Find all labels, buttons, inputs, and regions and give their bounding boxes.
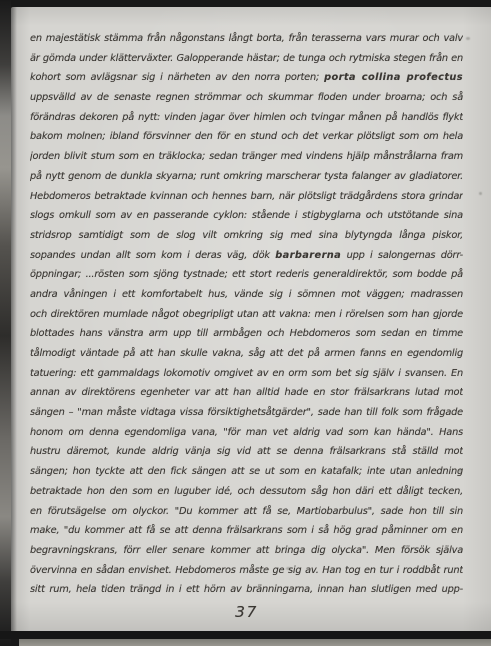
text-line: blottades hans vänstra arm upp till armb… (30, 324, 463, 344)
text-segment: övervinna en sådan envishet. Hebdomeros … (30, 565, 463, 576)
text-segment: andra våningen i ett komfortabelt hus, v… (30, 289, 463, 305)
scan-speck (458, 469, 462, 472)
book-pages-edge (19, 639, 491, 646)
text-line: och direktören mumlade något obegripligt… (30, 305, 463, 325)
text-segment: kohort som avlägsnar sig i närheten av d… (30, 72, 324, 83)
text-line: hustru däremot, kunde aldrig vänja sig v… (30, 442, 463, 462)
page-bottom-shadow (0, 631, 491, 639)
bold-phrase: barbarerna (275, 250, 341, 261)
text-line: Hebdomeros betraktade kvinnan och hennes… (30, 187, 463, 207)
scan-speck (466, 37, 470, 40)
text-line: sängen – "man måste vidtaga vissa försik… (30, 403, 463, 423)
text-line: tålmodigt väntade på att han skulle vakn… (30, 344, 463, 364)
text-line: make, "du kommer att få se att denna frä… (30, 521, 463, 541)
text-line: sitt rum, hela tiden trängd in i ett hör… (30, 580, 463, 600)
text-line: på nytt genom de dunkla skyarna; runt om… (30, 167, 463, 187)
text-segment: sängen; hon tyckte att den fick sängen a… (30, 466, 463, 477)
text-segment: på nytt genom de dunkla skyarna; runt om… (30, 171, 463, 182)
text-line: sängen; hon tyckte att den fick sängen a… (30, 462, 463, 482)
text-line: betraktade hon den som en luguber idé, o… (30, 482, 463, 502)
text-block: en majestätisk stämma från någonstans lå… (30, 29, 463, 600)
text-segment: sopandes undan allt som kom i deras väg,… (30, 250, 275, 261)
text-segment: sitt rum, hela tiden trängd in i ett hör… (30, 584, 463, 595)
text-segment: begravningskrans, förr eller senare komm… (30, 545, 463, 556)
text-line: förändras dekoren på nytt: vinden jagar … (30, 108, 463, 128)
text-line: tatuering: ett gammaldags lokomotiv omgi… (30, 364, 463, 384)
text-segment: en förutsägelse om olyckor. "Du kommer a… (30, 506, 463, 517)
text-line: slogs omkull som av en passerande cyklon… (30, 206, 463, 226)
text-segment: annan av direktörens egenheter var att h… (30, 387, 463, 398)
text-segment: make, "du kommer att få se att denna frä… (30, 525, 463, 536)
text-segment: upp i salongernas dörr- (341, 250, 463, 261)
text-segment: Hebdomeros betraktade kvinnan och hennes… (30, 191, 463, 202)
scan-speck (286, 567, 291, 570)
text-segment: tatuering: ett gammaldags lokomotiv omgi… (30, 368, 463, 379)
text-segment: betraktade hon den som en luguber idé, o… (30, 486, 463, 497)
book-spine-edge (0, 0, 11, 646)
scanned-book-page-image: en majestätisk stämma från någonstans lå… (0, 0, 491, 646)
text-segment: är gömda under klätterväxter. Galopperan… (30, 53, 463, 64)
text-segment: tålmodigt väntade på att han skulle vakn… (30, 348, 463, 359)
text-segment: jorden blivit stum som en träklocka; sed… (30, 151, 463, 162)
text-segment: en majestätisk stämma från någonstans lå… (30, 33, 463, 44)
text-segment: öppningar; ...rösten som sjöng tystnade;… (30, 269, 463, 280)
text-line: är gömda under klätterväxter. Galopperan… (30, 49, 463, 69)
text-segment: sängen – "man måste vidtaga vissa försik… (30, 407, 463, 418)
text-line: kohort som avlägsnar sig i närheten av d… (30, 68, 463, 88)
text-line: en förutsägelse om olyckor. "Du kommer a… (30, 502, 463, 522)
text-line: bakom molnen; ibland försvinner den för … (30, 127, 463, 147)
text-segment: honom om denna egendomliga vana, "för ma… (30, 427, 463, 438)
text-segment: uppsvälld av de senaste regnen strömmar … (30, 92, 463, 103)
text-segment: och direktören mumlade något obegripligt… (30, 309, 463, 320)
text-line: övervinna en sådan envishet. Hebdomeros … (30, 561, 463, 581)
book-page: en majestätisk stämma från någonstans lå… (11, 7, 491, 633)
scan-speck (479, 192, 482, 195)
text-segment: hustru däremot, kunde aldrig vänja sig v… (30, 446, 463, 457)
text-segment: stridsrop samtidigt som de slog vilt omk… (30, 230, 463, 241)
text-line: annan av direktörens egenheter var att h… (30, 383, 463, 403)
page-number: 37 (30, 603, 463, 621)
text-line: sopandes undan allt som kom i deras väg,… (30, 246, 463, 266)
text-line: begravningskrans, förr eller senare komm… (30, 541, 463, 561)
text-line: öppningar; ...rösten som sjöng tystnade;… (30, 265, 463, 285)
text-segment: blottades hans vänstra arm upp till armb… (30, 328, 463, 339)
text-segment: slogs omkull som av en passerande cyklon… (30, 210, 463, 221)
text-line: honom om denna egendomliga vana, "för ma… (30, 423, 463, 443)
text-line: uppsvälld av de senaste regnen strömmar … (30, 88, 463, 108)
text-line: stridsrop samtidigt som de slog vilt omk… (30, 226, 463, 246)
text-line: jorden blivit stum som en träklocka; sed… (30, 147, 463, 167)
text-segment: förändras dekoren på nytt: vinden jagar … (30, 112, 463, 123)
text-segment: bakom molnen; ibland försvinner den för … (30, 131, 463, 142)
text-line: en majestätisk stämma från någonstans lå… (30, 29, 463, 49)
text-line: andra våningen i ett komfortabelt hus, v… (30, 285, 463, 305)
